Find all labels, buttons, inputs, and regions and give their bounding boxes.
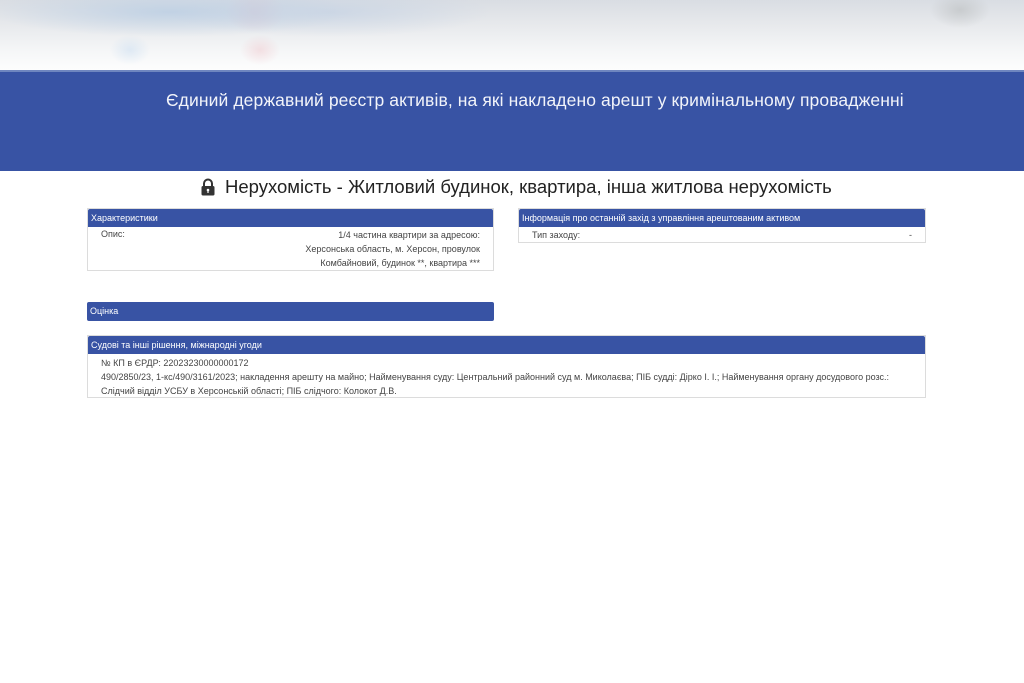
court-decisions-panel: Судові та інші рішення, міжнародні угоди… [87, 335, 926, 398]
page-title-text: Нерухомість - Житловий будинок, квартира… [225, 176, 832, 198]
investigation-body-details: Слідчий відділ УСБУ в Херсонській област… [101, 384, 912, 398]
last-measure-panel: Інформація про останній захід з управлін… [518, 208, 926, 243]
blurred-browser-chrome [0, 0, 1024, 70]
measure-type-row: Тип заходу: - [519, 227, 925, 242]
page-title: Нерухомість - Житловий будинок, квартира… [200, 176, 832, 198]
description-value: 1/4 частина квартири за адресою: Херсонс… [305, 227, 480, 270]
last-measure-heading: Інформація про останній захід з управлін… [519, 209, 925, 227]
rating-panel: Оцінка [87, 302, 494, 321]
description-row: Опис: 1/4 частина квартири за адресою: Х… [88, 227, 493, 270]
rating-heading: Оцінка [87, 302, 494, 321]
court-decision-details: 490/2850/23, 1-кс/490/3161/2023; накладе… [101, 370, 912, 384]
description-label: Опис: [101, 227, 125, 270]
description-line: 1/4 частина квартири за адресою: [305, 228, 480, 242]
measure-type-label: Тип заходу: [532, 228, 580, 242]
measure-type-value: - [909, 228, 912, 242]
site-title: Єдиний державний реєстр активів, на які … [166, 90, 904, 111]
characteristics-heading: Характеристики [88, 209, 493, 227]
site-header: Єдиний державний реєстр активів, на які … [0, 70, 1024, 171]
description-line: Херсонська область, м. Херсон, провулок [305, 242, 480, 256]
lock-icon [200, 178, 216, 196]
criminal-case-number: № КП в ЄРДР: 22023230000000172 [101, 356, 912, 370]
court-decisions-heading: Судові та інші рішення, міжнародні угоди [88, 336, 925, 354]
characteristics-panel: Характеристики Опис: 1/4 частина квартир… [87, 208, 494, 271]
description-line: Комбайновий, будинок **, квартира *** [305, 256, 480, 270]
